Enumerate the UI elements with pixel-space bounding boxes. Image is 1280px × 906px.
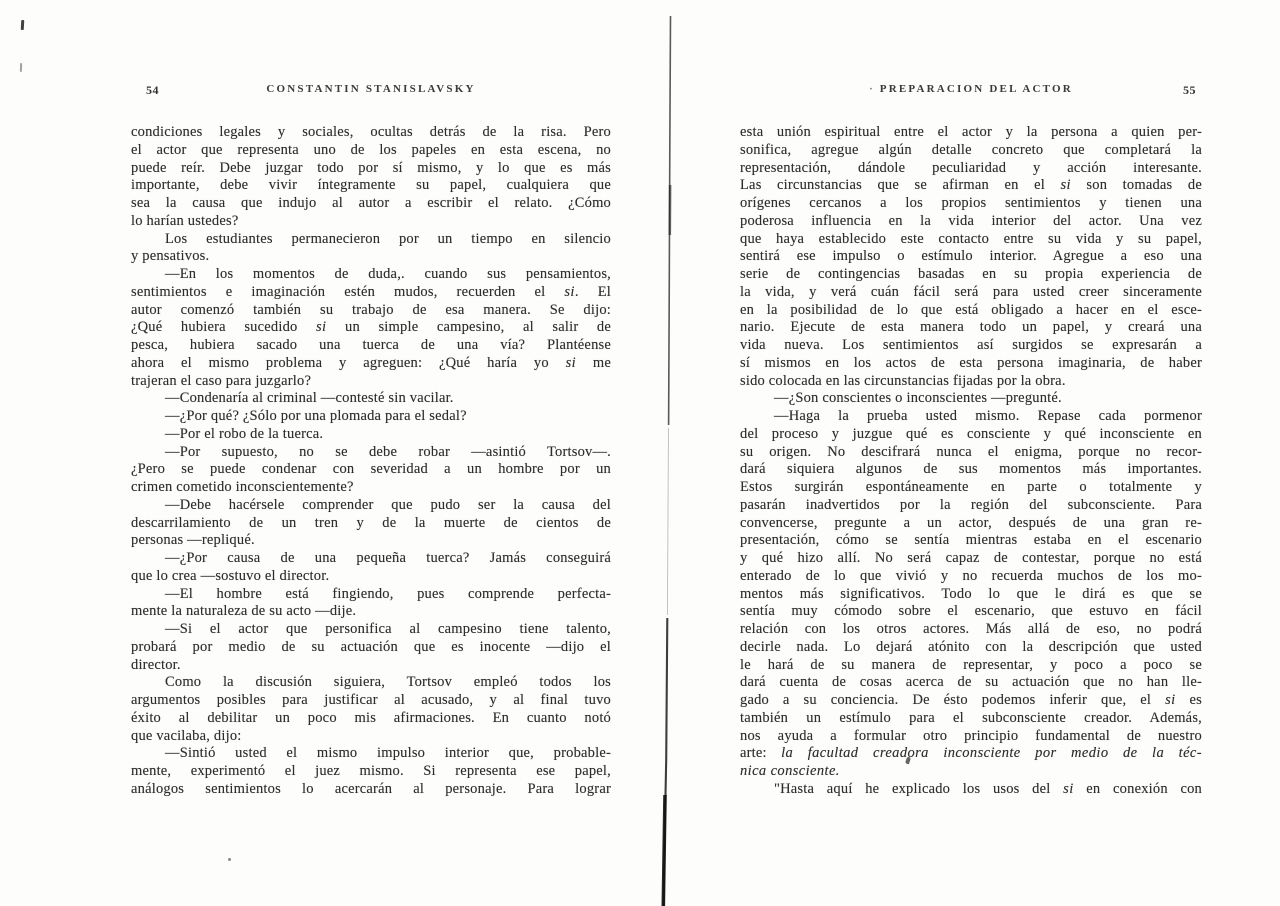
text-line: argumentos posibles para justificar al a… (131, 692, 611, 710)
page-right-body: esta unión espiritual entre el actor y l… (740, 124, 1202, 799)
text-line: importante, debe vivir íntegramente su p… (131, 177, 611, 195)
text-line: —Condenaría al criminal —contesté sin va… (131, 390, 611, 408)
text-line: descarrilamiento de un tren y de la muer… (131, 515, 611, 533)
text-line: —¿Por qué? ¿Sólo por una plomada para el… (131, 408, 611, 426)
text-line: ahora el mismo problema y agreguen: ¿Qué… (131, 355, 611, 373)
page-left-body: condiciones legales y sociales, ocultas … (131, 124, 611, 799)
text-line: análogos sentimientos lo acercarán al pe… (131, 781, 611, 799)
text-line: convencerse, pregunte a un actor, despué… (740, 515, 1202, 533)
text-line: que lo crea —sostuvo el director. (131, 568, 611, 586)
text-line: ¿Pero se puede condenar con severidad a … (131, 461, 611, 479)
text-line: el actor que representa uno de los papel… (131, 142, 611, 160)
text-line: también un estímulo para el subconscient… (740, 710, 1202, 728)
text-line: Estos surgirán espontáneamente en parte … (740, 479, 1202, 497)
text-line: dará siquiera algunos de sus momentos má… (740, 461, 1202, 479)
text-line: representación, dándole peculiaridad y a… (740, 160, 1202, 178)
text-line: mente la naturaleza de su acto —dije. (131, 603, 611, 621)
text-line: probará por medio de su actuación que es… (131, 639, 611, 657)
text-line: Las circunstancias que se afirman en el … (740, 177, 1202, 195)
text-line: —Por el robo de la tuerca. (131, 426, 611, 444)
text-line: sentía muy cómodo sobre el escenario, qu… (740, 603, 1202, 621)
text-line: dará cuenta de cosas acerca de su actuac… (740, 674, 1202, 692)
text-line: puede reír. Debe juzgar todo por sí mism… (131, 160, 611, 178)
text-line: y pensativos. (131, 248, 611, 266)
text-line: orígenes cercanos a los propios sentimie… (740, 195, 1202, 213)
running-title-left: CONSTANTIN STANISLAVSKY (131, 83, 611, 95)
text-line: —Sintió usted el mismo impulso interior … (131, 745, 611, 763)
text-line: nica consciente. (740, 763, 1202, 781)
text-line: relación con los otros actores. Más allá… (740, 621, 1202, 639)
text-line: director. (131, 657, 611, 675)
text-line: pesca, hubiera sacado una tuerca de una … (131, 337, 611, 355)
running-title-right-text: PREPARACION DEL ACTOR (880, 83, 1073, 95)
text-line: —En los momentos de duda,. cuando sus pe… (131, 266, 611, 284)
text-line: sí mismos en los actos de esta persona i… (740, 355, 1202, 373)
page-number-right: 55 (1183, 83, 1196, 98)
text-line: que haya establecido este contacto entre… (740, 231, 1202, 249)
text-line: nos ayuda a formular otro principio fund… (740, 728, 1202, 746)
text-line: gado a su conciencia. De ésto podemos in… (740, 692, 1202, 710)
text-line: poderosa influencia en la vida interior … (740, 213, 1202, 231)
text-line: autor comenzó también su trabajo de esa … (131, 302, 611, 320)
page-right-header: ·PREPARACION DEL ACTOR 55 (740, 83, 1202, 98)
running-title-right: ·PREPARACION DEL ACTOR (740, 83, 1202, 95)
text-line: —¿Por causa de una pequeña tuerca? Jamás… (131, 550, 611, 568)
text-line: vida nueva. Los sentimientos así surgido… (740, 337, 1202, 355)
text-line: le hará de su manera de representar, y p… (740, 657, 1202, 675)
text-line: mentos más significativos. Todo lo que l… (740, 586, 1202, 604)
page-left: 54 CONSTANTIN STANISLAVSKY condiciones l… (131, 0, 611, 906)
text-line: nario. Ejecute de esta manera todo un pa… (740, 319, 1202, 337)
text-line: sonifica, agregue algún detalle concreto… (740, 142, 1202, 160)
text-line: —Si el actor que personifica al campesin… (131, 621, 611, 639)
page-right: ·PREPARACION DEL ACTOR 55 esta unión esp… (740, 0, 1202, 906)
text-line: del proceso y juzgue qué es consciente y… (740, 426, 1202, 444)
text-line: enterado de lo que vivió y no recuerda m… (740, 568, 1202, 586)
text-line: su origen. No descifrará nunca el enigma… (740, 444, 1202, 462)
text-line: ¿Qué hubiera sucedido si un simple campe… (131, 319, 611, 337)
text-line: pasarán inadvertidos por la región del s… (740, 497, 1202, 515)
text-line: —El hombre está fingiendo, pues comprend… (131, 586, 611, 604)
text-line: crimen cometido inconscientemente? (131, 479, 611, 497)
text-line: Los estudiantes permanecieron por un tie… (131, 231, 611, 249)
text-line: condiciones legales y sociales, ocultas … (131, 124, 611, 142)
text-line: sentirá ese impulso o estímulo interior.… (740, 248, 1202, 266)
text-line: lo harían ustedes? (131, 213, 611, 231)
text-line: —Por supuesto, no se debe robar —asintió… (131, 444, 611, 462)
text-line: esta unión espiritual entre el actor y l… (740, 124, 1202, 142)
text-line: la vida, y verá cuán fácil será para ust… (740, 284, 1202, 302)
page-left-header: 54 CONSTANTIN STANISLAVSKY (131, 83, 611, 98)
scan-artifact-tick (20, 63, 22, 72)
book-spread: 54 CONSTANTIN STANISLAVSKY condiciones l… (0, 0, 1280, 906)
text-line: —¿Son conscientes o inconscientes —pregu… (740, 390, 1202, 408)
text-line: decirle nada. Lo dejará atónito con la d… (740, 639, 1202, 657)
text-line: que vacilaba, dijo: (131, 728, 611, 746)
text-line: en la posibilidad de lo que está obligad… (740, 302, 1202, 320)
text-line: presentación, cómo se sentía mientras es… (740, 532, 1202, 550)
text-line: —Debe hacérsele comprender que pudo ser … (131, 497, 611, 515)
text-line: sea la causa que indujo al autor a escri… (131, 195, 611, 213)
header-mark: · (869, 83, 873, 95)
text-line: arte: la facultad creadora inconsciente … (740, 745, 1202, 763)
text-line: "Hasta aquí he explicado los usos del si… (740, 781, 1202, 799)
text-line: mente, experimentó el juez mismo. Si rep… (131, 763, 611, 781)
page-number-left: 54 (146, 83, 159, 98)
text-line: —Haga la prueba usted mismo. Repase cada… (740, 408, 1202, 426)
scan-artifact-tick (21, 20, 25, 30)
text-line: trajeran el caso para juzgarlo? (131, 373, 611, 391)
text-line: sido colocada en las circunstancias fija… (740, 373, 1202, 391)
text-line: sentimientos e imaginación estén mudos, … (131, 284, 611, 302)
text-line: y qué hizo allí. No será capaz de contes… (740, 550, 1202, 568)
text-line: serie de contingencias basadas en su pro… (740, 266, 1202, 284)
text-line: personas —repliqué. (131, 532, 611, 550)
text-line: éxito al debilitar un poco mis afirmacio… (131, 710, 611, 728)
text-line: Como la discusión siguiera, Tortsov empl… (131, 674, 611, 692)
